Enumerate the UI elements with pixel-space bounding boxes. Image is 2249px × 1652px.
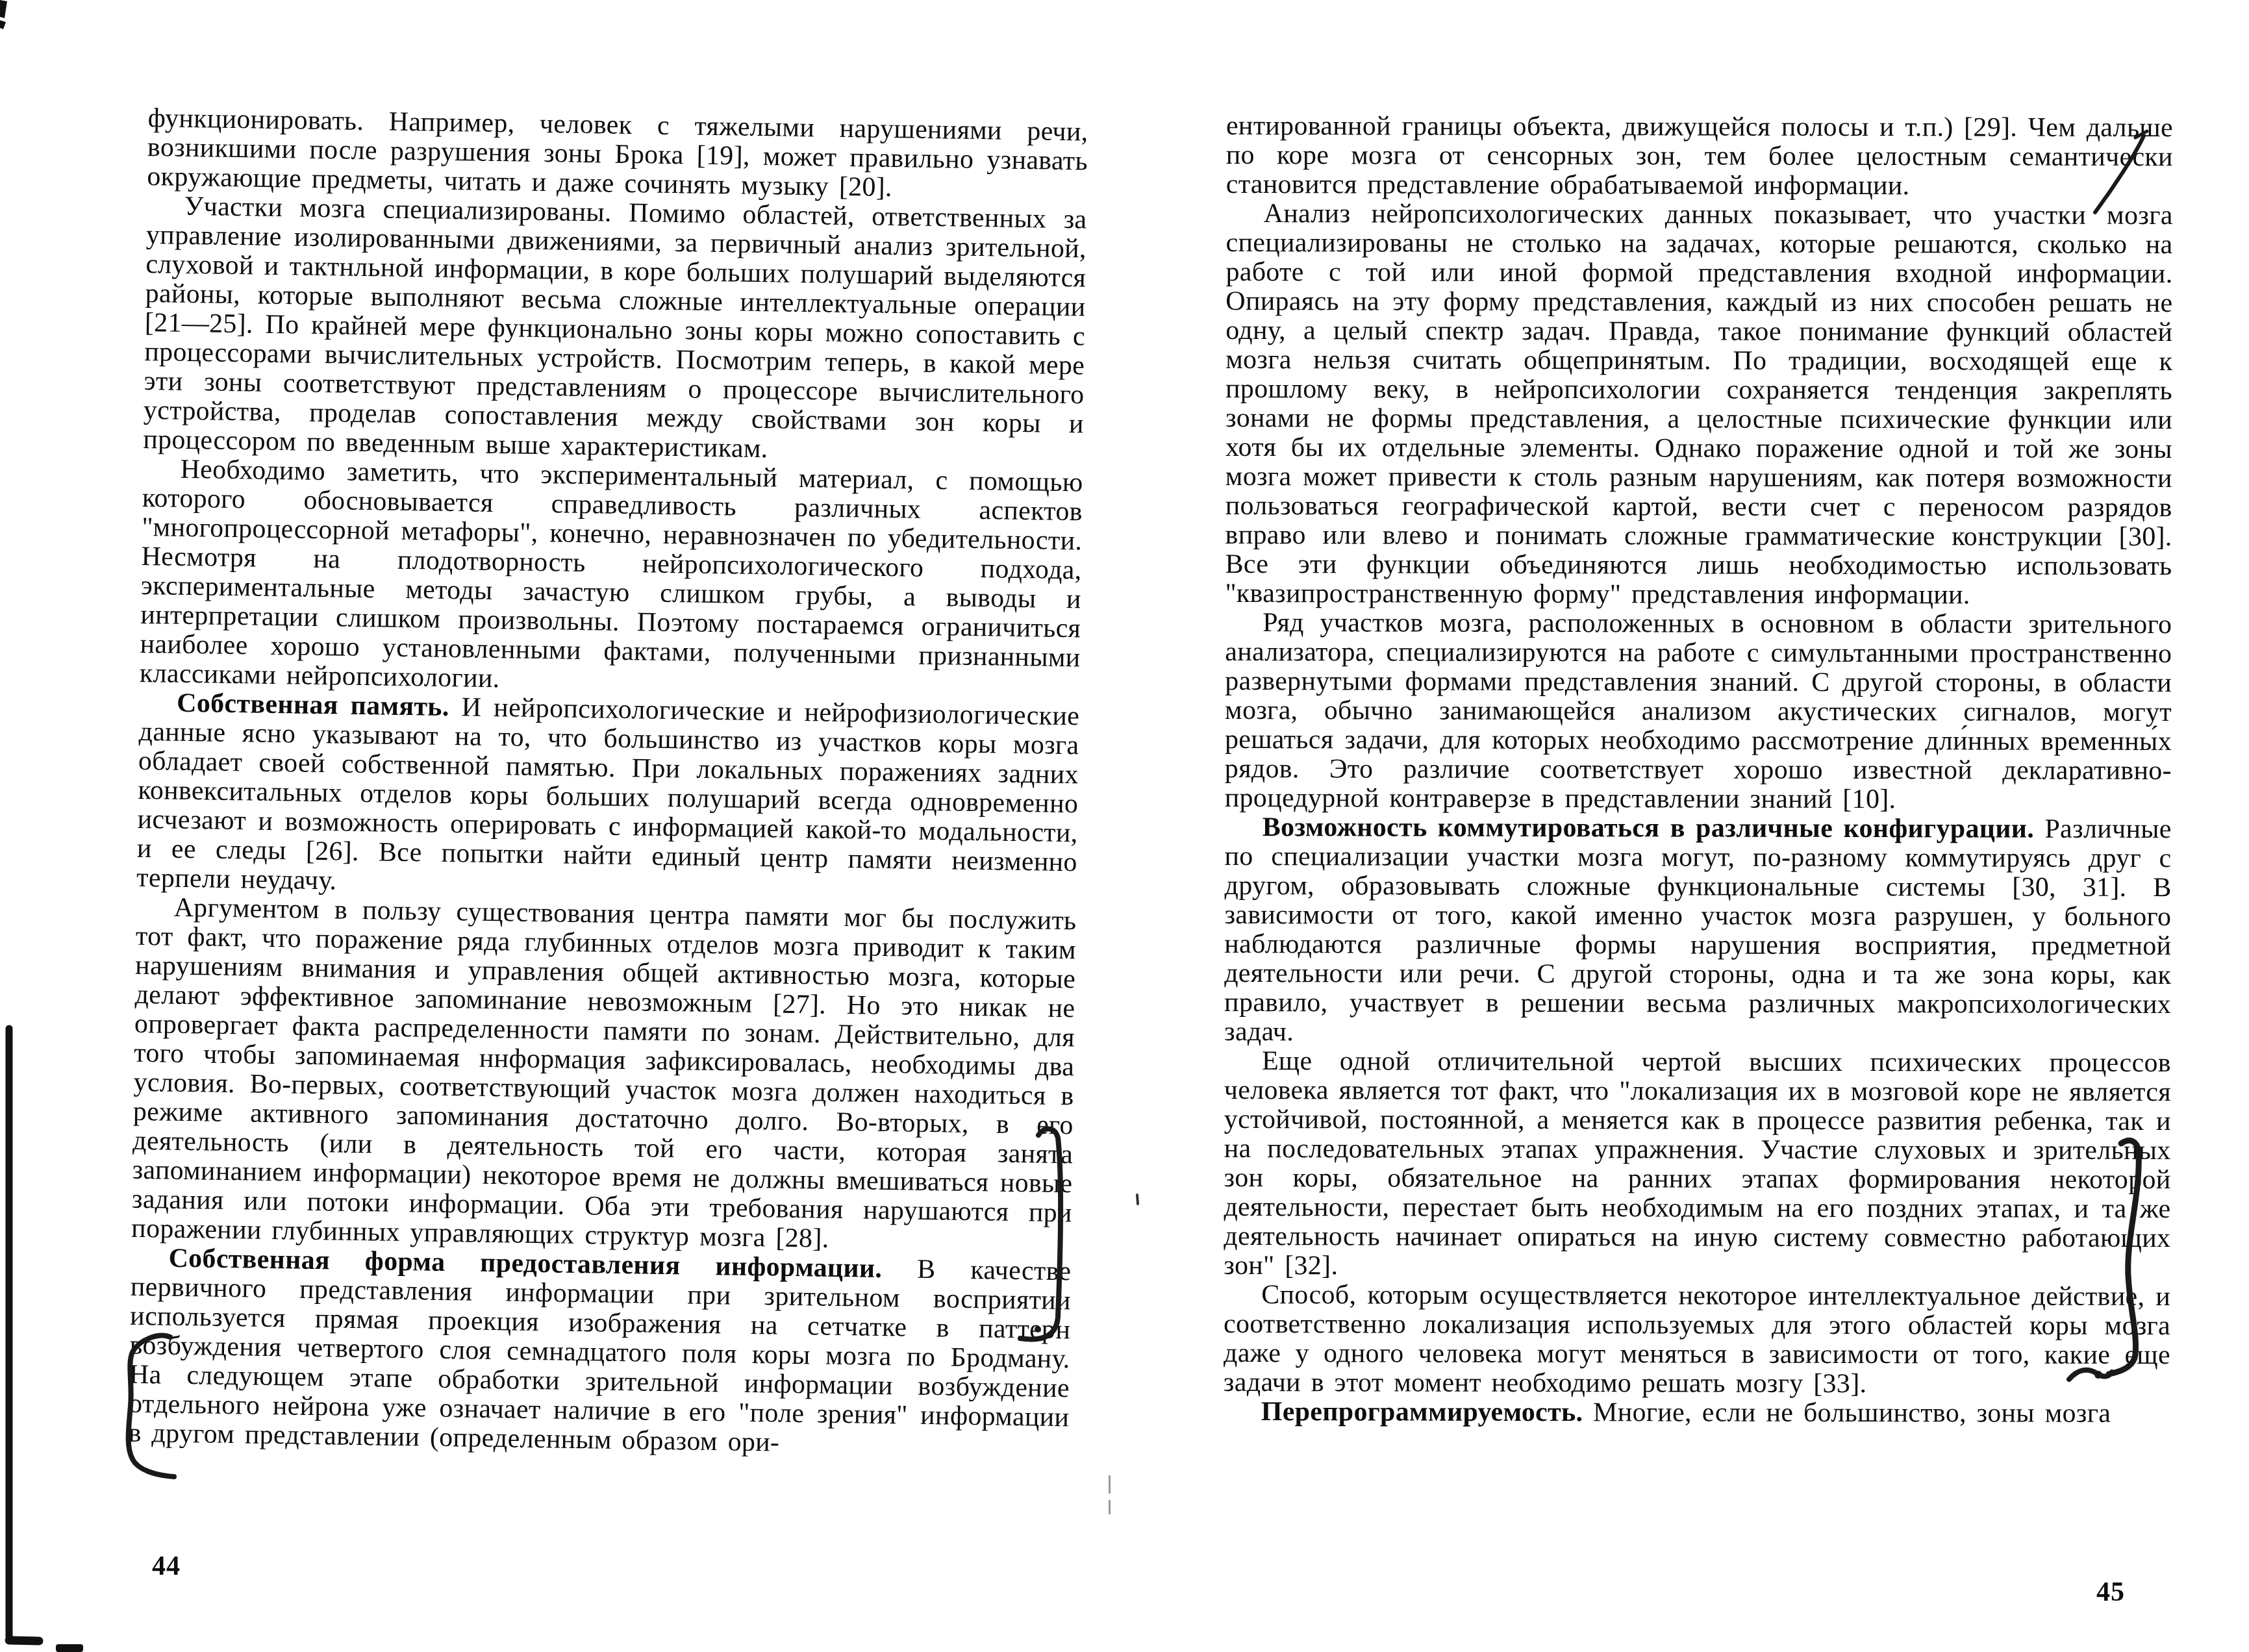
paragraph-text: Анализ нейропсихологических данных показ…: [1225, 199, 2172, 610]
scan-dash-icon: [1109, 1475, 1111, 1494]
scan-dash-icon: [1109, 1500, 1111, 1514]
paragraph: Еще одной отличительной чертой высших пс…: [1224, 1047, 2171, 1283]
paragraph: Анализ нейропсихологических данных показ…: [1225, 199, 2172, 610]
paragraph-text: Аргументом в пользу существования центра…: [131, 893, 1077, 1254]
paragraph-text: Еще одной отличительной чертой высших пс…: [1224, 1046, 2171, 1281]
corner-smudge-icon: [0, 0, 7, 18]
pen-tick-icon: [1137, 1195, 1138, 1204]
corner-smudge-icon: [0, 20, 6, 29]
paragraph-lead: Перепрограммируемость.: [1261, 1397, 1583, 1427]
paragraph: ентированной границы объекта, движущейся…: [1226, 112, 2173, 201]
paragraph: Способ, которым осуществляется некоторое…: [1224, 1281, 2170, 1399]
paragraph: Необходимо заметить, что экспериментальн…: [140, 455, 1083, 702]
paragraph: Участки мозга специализированы. Помимо о…: [143, 192, 1087, 468]
paragraph-text: Необходимо заметить, что экспериментальн…: [140, 455, 1083, 694]
right-page-text-block: ентированной границы объекта, движущейся…: [1224, 112, 2173, 1429]
page-number: 45: [2096, 1577, 2125, 1608]
paragraph-text: Способ, которым осуществляется некоторое…: [1224, 1280, 2170, 1399]
paragraph-text: функционировать. Например, человек с тяж…: [147, 103, 1088, 203]
paragraph: функционировать. Например, человек с тяж…: [147, 104, 1088, 205]
paragraph: Аргументом в пользу существования центра…: [131, 893, 1077, 1257]
paragraph: Собственная память. И нейропсихологическ…: [136, 688, 1080, 907]
paragraph: Возможность коммутироваться в различные …: [1224, 813, 2172, 1049]
paragraph-text: Ряд участков мозга, расположенных в осно…: [1225, 608, 2172, 814]
paragraph: Перепрограммируемость. Многие, если не б…: [1224, 1397, 2170, 1429]
paragraph: Собственная форма предоставления информа…: [128, 1244, 1072, 1462]
page-number: 44: [152, 1551, 181, 1582]
left-margin-line-icon: [56, 1644, 83, 1652]
paragraph-lead: Возможность коммутироваться в различные …: [1263, 812, 2034, 844]
paragraph-lead: Собственная память.: [177, 688, 449, 722]
paragraph: Ряд участков мозга, расположенных в осно…: [1225, 608, 2172, 815]
left-margin-line-icon: [9, 1640, 39, 1641]
book-spread: функционировать. Например, человек с тяж…: [0, 0, 2249, 1652]
left-margin-line-icon: [8, 1029, 10, 1636]
left-page-text-block: функционировать. Например, человек с тяж…: [128, 104, 1088, 1462]
paragraph-text: Участки мозга специализированы. Помимо о…: [143, 192, 1087, 464]
paragraph-text: Различные по специализации участки мозга…: [1224, 814, 2172, 1047]
paragraph-text: В качестве первичного представления инфо…: [128, 1254, 1072, 1458]
paragraph-text: ентированной границы объекта, движущейся…: [1226, 111, 2173, 201]
paragraph-text: И нейропсихологические и нейрофизиологич…: [136, 692, 1080, 895]
paragraph-text: Многие, если не большинство, зоны мозга: [1583, 1397, 2111, 1429]
